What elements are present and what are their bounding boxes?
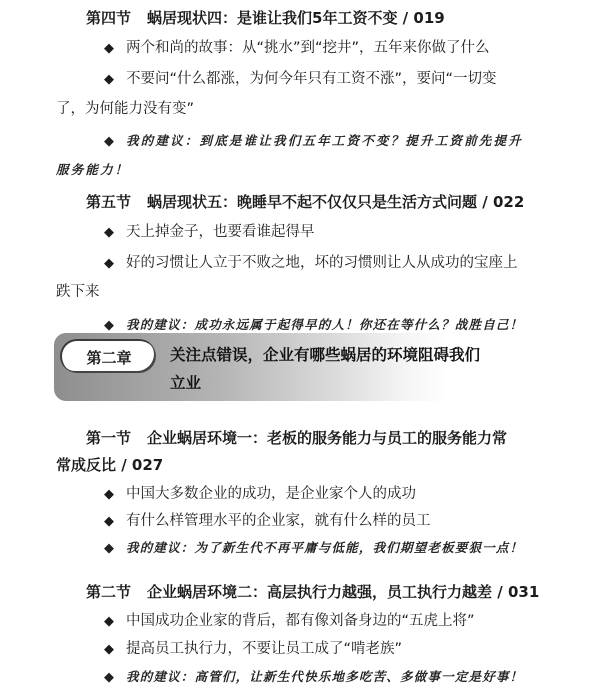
diamond-bullet-icon: ◆ <box>104 223 126 243</box>
section-title: 蜗居现状五：晚睡早不起不仅仅只是生活方式问题 / 022 <box>147 193 524 211</box>
diamond-bullet-icon: ◆ <box>104 539 126 559</box>
chapter-label: 第二章 <box>60 339 156 373</box>
diamond-bullet-icon: ◆ <box>104 70 126 90</box>
section-heading: 第一节企业蜗居环境一：老板的服务能力与员工的服务能力常 <box>86 428 507 448</box>
bullet-item: ◆两个和尚的故事：从“挑水”到“挖井”，五年来你做了什么 <box>104 38 490 59</box>
bullet-item: ◆不要问“什么都涨，为何今年只有工资不涨”，要问“一切变 <box>104 69 497 90</box>
bullet-item: ◆有什么样管理水平的企业家，就有什么样的员工 <box>104 511 431 532</box>
suggestion: ◆我的建议：到底是谁让我们五年工资不变？提升工资前先提升 <box>104 131 523 152</box>
bullet-item: ◆天上掉金子，也要看谁起得早 <box>104 222 315 243</box>
bullet-item: ◆提高员工执行力，不要让员工成了“啃老族” <box>104 639 402 660</box>
bullet-continuation: 了，为何能力没有变” <box>56 99 194 119</box>
bullet-continuation: 跌下来 <box>56 282 100 302</box>
diamond-bullet-icon: ◆ <box>104 39 126 59</box>
bullet-item: ◆好的习惯让人立于不败之地，坏的习惯则让人从成功的宝座上 <box>104 253 518 274</box>
chapter-title-line1: 关注点错误，企业有哪些蜗居的环境阻碍我们 <box>170 344 480 366</box>
section-number: 第一节 <box>86 429 131 447</box>
section-heading-continuation: 常成反比 / 027 <box>56 455 163 475</box>
diamond-bullet-icon: ◆ <box>104 254 126 274</box>
section-title: 企业蜗居环境二：高层执行力越强，员工执行力越差 / 031 <box>147 583 539 601</box>
chapter-title-line2: 立业 <box>170 372 201 394</box>
section-title: 蜗居现状四：是谁让我们5年工资不变 / 019 <box>147 9 445 27</box>
section-number: 第四节 <box>86 9 131 27</box>
section-number: 第五节 <box>86 193 131 211</box>
suggestion-continuation: 服务能力！ <box>56 160 130 180</box>
section-heading: 第二节企业蜗居环境二：高层执行力越强，员工执行力越差 / 031 <box>86 582 539 602</box>
diamond-bullet-icon: ◆ <box>104 640 126 660</box>
suggestion: ◆我的建议：高管们，让新生代快乐地多吃苦、多做事一定是好事！ <box>104 667 523 688</box>
diamond-bullet-icon: ◆ <box>104 612 126 632</box>
bullet-item: ◆中国成功企业家的背后，都有像刘备身边的“五虎上将” <box>104 611 475 632</box>
section-number: 第二节 <box>86 583 131 601</box>
diamond-bullet-icon: ◆ <box>104 485 126 505</box>
bullet-item: ◆中国大多数企业的成功，是企业家个人的成功 <box>104 484 416 505</box>
diamond-bullet-icon: ◆ <box>104 668 126 688</box>
suggestion: ◆我的建议：为了新生代不再平庸与低能，我们期望老板要狠一点！ <box>104 538 523 559</box>
section-heading: 第四节蜗居现状四：是谁让我们5年工资不变 / 019 <box>86 8 445 28</box>
section-title: 企业蜗居环境一：老板的服务能力与员工的服务能力常 <box>147 429 507 447</box>
section-heading: 第五节蜗居现状五：晚睡早不起不仅仅只是生活方式问题 / 022 <box>86 192 524 212</box>
diamond-bullet-icon: ◆ <box>104 512 126 532</box>
diamond-bullet-icon: ◆ <box>104 132 126 152</box>
